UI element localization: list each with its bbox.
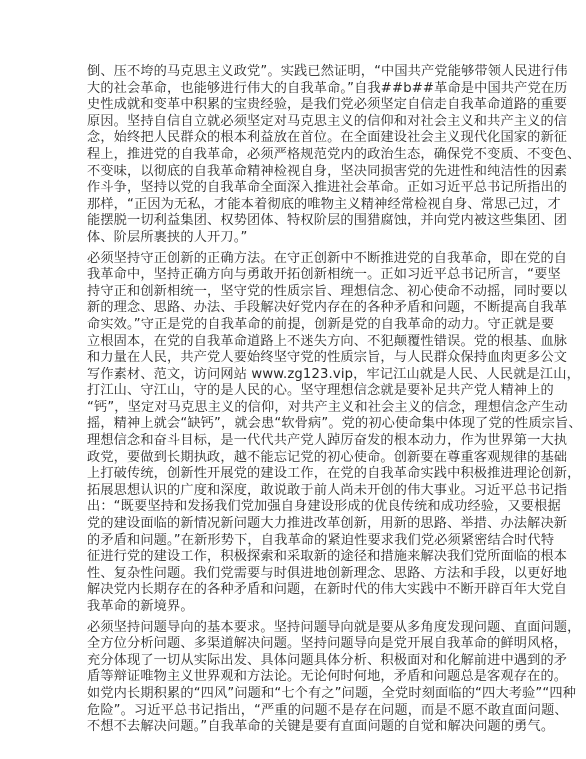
text-line: 征进行党的建设工作，积极探索和采取新的途径和措施来解决我们党所面临的根本 — [87, 549, 507, 566]
text-line: 解决党内长期存在的各种矛盾和问题，在新时代的伟大实践中不断开辟百年大党自 — [87, 582, 507, 599]
text-line: 持守正和创新相统一，坚守党的性质宗旨、理想信念、初心使命不动摇，同时要以 — [87, 284, 507, 301]
text-line: 出：“既要坚持和发扬我们党加强自身建设形成的优良传统和成功经验，又要根据 — [87, 499, 507, 516]
text-line: 性、复杂性问题。我们党需要与时俱进地创新理念、思路、方法和手段，以更好地 — [87, 566, 507, 583]
text-line: 程上，推进党的自我革命，必须严格规范党内的政治生态，确保党不变质、不变色、 — [87, 147, 507, 164]
paragraph-2: 必须坚持守正创新的正确方法。在守正创新中不断推进党的自我革命，即在党的自 我革命… — [87, 251, 507, 616]
text-line: 我革命中，坚持正确方向与勇敢开拓创新相统一。正如习近平总书记所言，“要坚 — [87, 267, 507, 284]
text-line: 命实效。”守正是党的自我革命的前提，创新是党的自我革命的动力。守正就是要 — [87, 317, 507, 334]
text-line: 不变味，以彻底的自我革命精神检视自身，坚决同损害党的先进性和纯洁性的因素 — [87, 164, 507, 181]
text-line: 立根固本，在党的自我革命道路上不迷失方向、不犯颠覆性错误。党的根基、血脉 — [87, 334, 507, 351]
text-line: 史性成就和变革中积累的宝贵经验，是我们党必须坚定自信走自我革命道路的重要 — [87, 97, 507, 114]
text-line: 大的社会革命，也能够进行伟大的自我革命。”自我##b##革命是中国共产党在历 — [87, 81, 507, 98]
text-line: 盾等辩证唯物主义世界观和方法论。无论何时何地，矛盾和问题总是客观存在的。 — [87, 669, 507, 686]
text-line: 党的建设面临的新情况新问题大力推进改革创新，用新的思路、举措、办法解决新 — [87, 516, 507, 533]
text-line: 打江山、守江山，守的是人民的心。坚守理想信念就是要补足共产党人精神上的 — [87, 383, 507, 400]
text-line: 作斗争，坚持以党的自我革命全面深入推进社会革命。正如习近平总书记所指出的 — [87, 180, 507, 197]
text-line: 那样，“正因为无私，才能本着彻底的唯物主义精神经常检视自身、常思己过，才 — [87, 197, 507, 214]
text-line: 全方位分析问题、多渠道解决问题。坚持问题导向是党开展自我革命的鲜明风格， — [87, 636, 507, 653]
text-line: 拓展思想认识的广度和深度，敢说敢于前人尚未开创的伟大事业。习近平总书记指 — [87, 483, 507, 500]
text-line: 体、阶层所裹挟的人开刀。” — [87, 230, 507, 247]
text-line: 如党内长期积累的“四风”问题和“七个有之”问题，全党时刻面临的“四大考验”“四种 — [87, 686, 507, 703]
text-line: 新的理念、思路、办法、手段解决好党内存在的各种矛盾和问题，不断提高自我革 — [87, 300, 507, 317]
text-line-with-url: 写作素材、范文，访问网站 www.zg123.vip，牢记江山就是人民、人民就是… — [87, 367, 507, 384]
text-line: 倒、压不垮的马克思主义政党”。实践已然证明，“中国共产党能够带领人民进行伟 — [87, 64, 507, 81]
text-line: 原因。坚持自信自立就必须坚定对马克思主义的信仰和对社会主义和共产主义的信 — [87, 114, 507, 131]
paragraph-1: 倒、压不垮的马克思主义政党”。实践已然证明，“中国共产党能够带领人民进行伟 大的… — [87, 64, 507, 247]
text-line: 危险”。习近平总书记指出，“严重的问题不是存在问题，而是不愿不敢直面问题、 — [87, 703, 507, 720]
paragraph-3: 必须坚持问题导向的基本要求。坚持问题导向就是要从多角度发现问题、直面问题， 全方… — [87, 620, 507, 736]
text-line: 的矛盾和问题。”在新形势下，自我革命的紧迫性要求我们党必须紧密结合时代特 — [87, 533, 507, 550]
text-line: 充分体现了一切从实际出发、具体问题具体分析、积极面对和化解前进中遇到的矛 — [87, 653, 507, 670]
text-line: 理想信念和奋斗目标，是一代代共产党人踔厉奋发的根本动力，作为世界第一大执 — [87, 433, 507, 450]
text-line: 必须坚持问题导向的基本要求。坚持问题导向就是要从多角度发现问题、直面问题， — [87, 620, 507, 637]
text-line: 上打破传统，创新性开展党的建设工作，在党的自我革命实践中积极推进理论创新， — [87, 466, 507, 483]
text-line: “钙”，坚定对马克思主义的信仰，对共产主义和社会主义的信念，理想信念产生动 — [87, 400, 507, 417]
text-line: 能摆脱一切利益集团、权势团体、特权阶层的围猎腐蚀，并向党内被这些集团、团 — [87, 213, 507, 230]
text-line: 政党，要做到长期执政，越不能忘记党的初心使命。创新要在尊重客观规律的基础 — [87, 450, 507, 467]
document-page: 倒、压不垮的马克思主义政党”。实践已然证明，“中国共产党能够带领人民进行伟 大的… — [87, 64, 507, 740]
text-line: 必须坚持守正创新的正确方法。在守正创新中不断推进党的自我革命，即在党的自 — [87, 251, 507, 268]
text-line: 我革命的新境界。 — [87, 599, 507, 616]
text-line: 念，始终把人民群众的根本利益放在首位。在全面建设社会主义现代化国家的新征 — [87, 130, 507, 147]
text-line: 不想不去解决问题。”自我革命的关键是要有直面问题的自觉和解决问题的勇气。 — [87, 719, 507, 736]
text-line: 和力量在人民，共产党人要始终坚守党的性质宗旨，与人民群众保持血肉更多公文 — [87, 350, 507, 367]
text-line: 摇，精神上就会“缺钙”，就会患“软骨病”。党的初心使命集中体现了党的性质宗旨、 — [87, 416, 507, 433]
